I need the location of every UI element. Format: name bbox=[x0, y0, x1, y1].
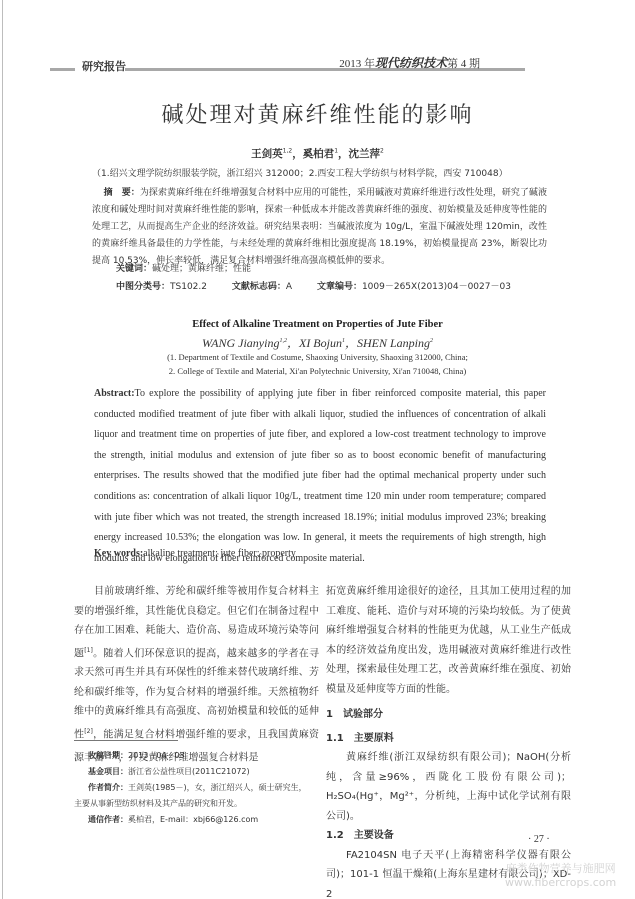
abstract-en: Abstract:To explore the possibility of a… bbox=[94, 384, 546, 569]
article-no-label: 文章编号： bbox=[317, 282, 362, 292]
journal-name: 现代纺织技术 bbox=[375, 56, 447, 70]
footnote-label: 基金项目： bbox=[88, 767, 128, 776]
section-heading-1-1: 1.1 主要原料 bbox=[326, 729, 571, 749]
body-column-right: 拓宽黄麻纤维用途很好的途径，且其加工使用过程的加工难度、能耗、造价与对环境的污染… bbox=[326, 582, 571, 899]
affiliation-en-1: (1. Department of Textile and Costume, S… bbox=[0, 352, 635, 362]
author-name-en: XI Bojun bbox=[299, 336, 342, 350]
author-affil-sup: 2 bbox=[380, 148, 384, 155]
citation-ref: [1] bbox=[84, 647, 93, 654]
page-number: · 27 · bbox=[528, 834, 550, 845]
watermark-cn: 麻类作物营养与施肥网 bbox=[505, 862, 616, 876]
author-list-en: WANG Jianying1,2，XI Bojun1，SHEN Lanping2 bbox=[0, 334, 635, 351]
footnote-value: 奚柏君，E-mail：xbj66@126.com bbox=[128, 815, 258, 824]
year-suffix: 年 bbox=[364, 58, 375, 70]
keywords-cn-label: 关键词： bbox=[116, 264, 152, 274]
clc-code: TS102.2 bbox=[170, 282, 207, 292]
body-text: 。随着人们环保意识的提高，越来越多的学者在寻求天然可再生并具有环保性的纤维来替代… bbox=[74, 648, 319, 740]
issue-prefix: 第 bbox=[447, 58, 458, 70]
author-affil-sup: 1,2 bbox=[283, 148, 293, 155]
author-name: 奚柏君 bbox=[303, 148, 335, 160]
issue-number: 4 bbox=[461, 58, 467, 70]
separator: ， bbox=[345, 336, 357, 350]
footnote-author-bio: 作者简介：王剑英(1985－)，女，浙江绍兴人，硕士研究生，主要从事新型纺织材料… bbox=[74, 780, 314, 812]
author-name-en: WANG Jianying bbox=[202, 336, 279, 350]
footnote-label: 通信作者： bbox=[88, 815, 128, 824]
section-label: 研究报告 bbox=[82, 58, 126, 74]
doc-code: A bbox=[286, 282, 292, 292]
footnote-value: 2013－04－03 bbox=[128, 751, 185, 760]
keywords-cn: 关键词：碱处理；黄麻纤维；性能 bbox=[116, 261, 251, 274]
keywords-en: Key words:alkaline treatment; jute fiber… bbox=[94, 548, 296, 559]
footnote-corresponding: 通信作者：奚柏君，E-mail：xbj66@126.com bbox=[74, 812, 333, 828]
author-name: 王剑英 bbox=[251, 148, 283, 160]
author-name: 沈兰萍 bbox=[349, 148, 381, 160]
citation-ref: [2] bbox=[84, 728, 93, 735]
affiliation-cn: （1.绍兴文理学院纺织服装学院，浙江绍兴 312000；2.西安工程大学纺织与材… bbox=[92, 166, 562, 179]
materials-paragraph: 黄麻纤维(浙江双绿纺织有限公司)；NaOH(分析纯，含量≥96%，西陇化工股份有… bbox=[326, 748, 571, 826]
body-paragraph: 拓宽黄麻纤维用途很好的途径，且其加工使用过程的加工难度、能耗、造价与对环境的污染… bbox=[326, 582, 571, 699]
footnote-label: 作者简介： bbox=[88, 783, 128, 792]
issue-suffix: 期 bbox=[469, 58, 480, 70]
author-list: 王剑英1,2，奚柏君1，沈兰萍2 bbox=[0, 146, 635, 161]
clc-label: 中图分类号： bbox=[116, 282, 170, 292]
classification-line: 中图分类号：TS102.2 文献标志码：A 文章编号：1009－265X(201… bbox=[116, 279, 511, 292]
paper-title: 碱处理对黄麻纤维性能的影响 bbox=[0, 98, 635, 129]
footnote-value: 浙江省公益性项目(2011C21072) bbox=[128, 767, 250, 776]
footnote-label: 收稿日期： bbox=[88, 751, 128, 760]
abstract-cn: 摘 要：为探索黄麻纤维在纤维增强复合材料中应用的可能性，采用碱液对黄麻纤维进行改… bbox=[92, 185, 547, 270]
journal-issue: 2013 年现代纺织技术第 4 期 bbox=[339, 54, 480, 71]
watermark-url: www.fibercrops.com bbox=[505, 876, 616, 890]
separator: ， bbox=[287, 336, 299, 350]
footnote-received: 收稿日期：2013－04－03 bbox=[74, 748, 333, 764]
section-heading-1: 1 试验部分 bbox=[326, 705, 571, 725]
abstract-cn-text: 为探索黄麻纤维在纤维增强复合材料中应用的可能性，采用碱液对黄麻纤维进行改性处理，… bbox=[92, 188, 547, 266]
footnote-fund: 基金项目：浙江省公益性项目(2011C21072) bbox=[74, 764, 333, 780]
header-rule-left bbox=[50, 68, 75, 71]
author-affil-sup: 1,2 bbox=[279, 338, 287, 344]
separator: ， bbox=[292, 148, 303, 160]
article-no: 1009－265X(2013)04－0027－03 bbox=[362, 282, 511, 292]
doc-code-label: 文献标志码： bbox=[232, 282, 286, 292]
page-edge bbox=[2, 0, 3, 899]
keywords-en-label: Key words: bbox=[94, 548, 143, 559]
author-affil-sup: 2 bbox=[430, 338, 433, 344]
running-header: 研究报告 2013 年现代纺织技术第 4 期 bbox=[50, 58, 475, 78]
author-name-en: SHEN Lanping bbox=[357, 336, 430, 350]
abstract-en-label: Abstract: bbox=[94, 388, 135, 399]
keywords-cn-text: 碱处理；黄麻纤维；性能 bbox=[152, 264, 251, 274]
separator: ， bbox=[338, 148, 349, 160]
abstract-en-text: To explore the possibility of applying j… bbox=[94, 388, 546, 564]
abstract-cn-label: 摘 要： bbox=[104, 188, 140, 198]
keywords-en-text: alkaline treatment; jute fiber; property bbox=[143, 548, 296, 559]
watermark: 麻类作物营养与施肥网 www.fibercrops.com bbox=[505, 862, 616, 890]
affiliation-en-2: 2. College of Textile and Material, Xi'a… bbox=[0, 366, 635, 376]
year: 2013 bbox=[339, 58, 361, 70]
paper-title-en: Effect of Alkaline Treatment on Properti… bbox=[0, 319, 635, 330]
footnote-rule bbox=[74, 740, 178, 741]
